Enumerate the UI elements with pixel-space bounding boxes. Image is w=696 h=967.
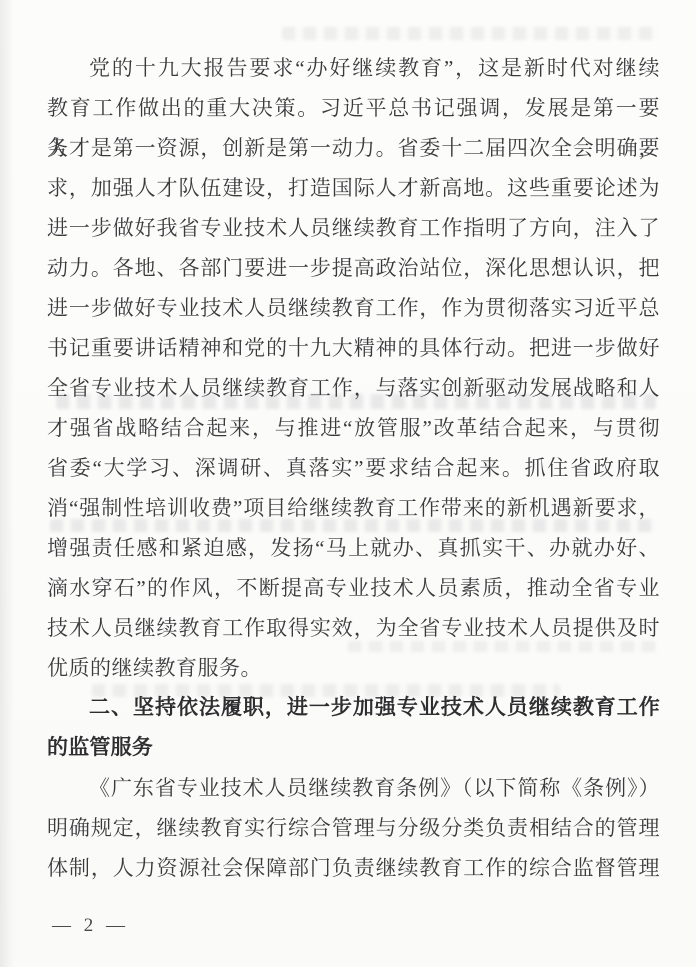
- body-text-line: 《广东省专业技术人员继续教育条例》（以下简称《条例》）: [47, 768, 660, 808]
- section-heading-line: 二、坚持依法履职，进一步加强专业技术人员继续教育工作: [47, 688, 660, 728]
- body-text-line: 体制，人力资源社会保障部门负责继续教育工作的综合监督管理: [47, 848, 660, 888]
- body-text-line: 明确规定，继续教育实行综合管理与分级分类负责相结合的管理: [47, 808, 660, 848]
- body-text-line: 人才是第一资源，创新是第一动力。省委十二届四次全会明确要: [47, 128, 660, 168]
- body-text-line: 才强省战略结合起来，与推进“放管服”改革结合起来，与贯彻: [47, 408, 660, 448]
- body-text-line: 增强责任感和紧迫感，发扬“马上就办、真抓实干、办就办好、: [47, 528, 660, 568]
- body-text-line: 进一步做好专业技术人员继续教育工作，作为贯彻落实习近平总: [47, 288, 660, 328]
- body-text-line: 优质的继续教育服务。: [47, 648, 660, 688]
- body-text-line: 进一步做好我省专业技术人员继续教育工作指明了方向，注入了: [47, 208, 660, 248]
- body-text-line: 动力。各地、各部门要进一步提高政治站位，深化思想认识，把: [47, 248, 660, 288]
- body-text-line: 全省专业技术人员继续教育工作，与落实创新驱动发展战略和人: [47, 368, 660, 408]
- scan-edge-shadow: [0, 0, 14, 967]
- page-number: — 2 —: [52, 915, 129, 937]
- body-text-line: 省委“大学习、深调研、真落实”要求结合起来。抓住省政府取: [47, 448, 660, 488]
- body-text-line: 党的十九大报告要求“办好继续教育”，这是新时代对继续: [47, 48, 660, 88]
- body-text-line: 求，加强人才队伍建设，打造国际人才新高地。这些重要论述为: [47, 168, 660, 208]
- body-text-line: 滴水穿石”的作风，不断提高专业技术人员素质，推动全省专业: [47, 568, 660, 608]
- document-page: 党的十九大报告要求“办好继续教育”，这是新时代对继续教育工作做出的重大决策。习近…: [0, 0, 696, 967]
- body-text-line: 教育工作做出的重大决策。习近平总书记强调，发展是第一要务，: [47, 88, 660, 128]
- section-heading-line: 的监管服务: [47, 728, 660, 768]
- bleed-through-artifact: [282, 27, 660, 40]
- document-body: 党的十九大报告要求“办好继续教育”，这是新时代对继续教育工作做出的重大决策。习近…: [47, 48, 660, 888]
- body-text-line: 书记重要讲话精神和党的十九大精神的具体行动。把进一步做好: [47, 328, 660, 368]
- body-text-line: 消“强制性培训收费”项目给继续教育工作带来的新机遇新要求，: [47, 488, 660, 528]
- body-text-line: 技术人员继续教育工作取得实效，为全省专业技术人员提供及时: [47, 608, 660, 648]
